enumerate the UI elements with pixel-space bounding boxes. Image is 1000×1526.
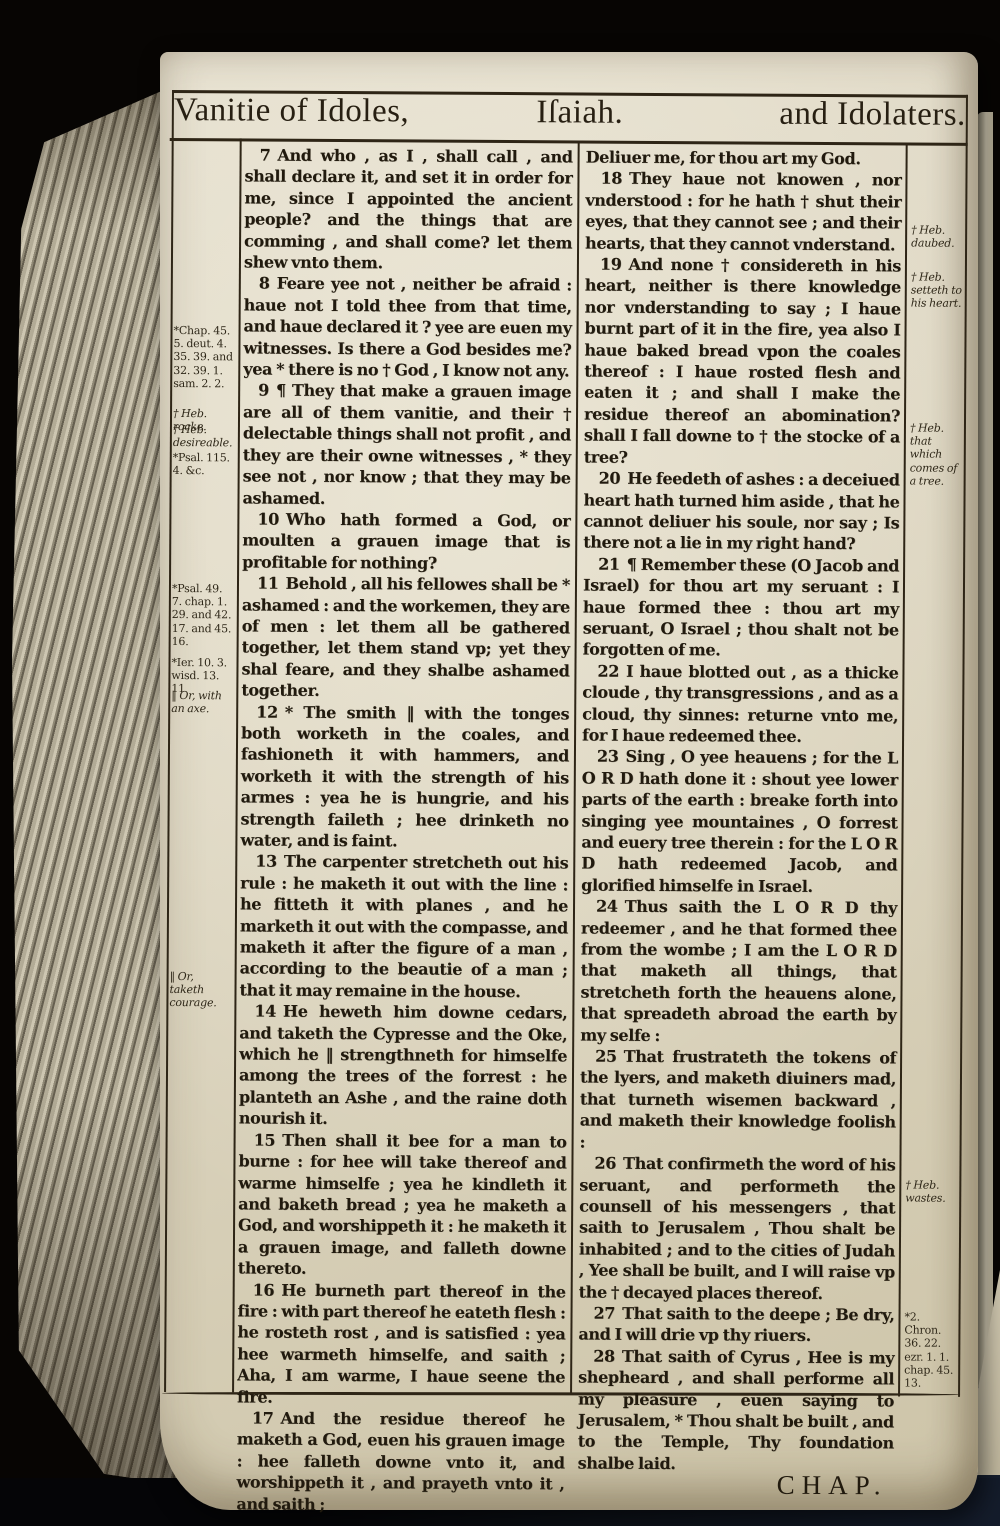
verse-7: 7And who , as I , shall call , and shall… (244, 144, 573, 274)
verse-21: 21¶ Remember these (O Jacob and Israel) … (583, 553, 900, 662)
left-margin-notes: *Chap. 45. 5. deut. 4. 35. 39. and 32. 3… (160, 52, 978, 57)
margin-note: † Heb. daubed. (911, 224, 965, 251)
verse-15: 15Then shall it bee for a man to burne :… (238, 1129, 567, 1281)
verse-13: 13The carpenter stretcheth out his rule … (239, 851, 568, 1003)
margin-note: *Chap. 45. 5. deut. 4. 35. 39. and 32. 3… (173, 324, 233, 390)
verse-19: 19And none † considereth in his heart, n… (584, 254, 901, 470)
verse-8: 8Feare yee not , neither be afraid : hau… (243, 273, 572, 382)
margin-note: † Heb. that which comes of a tree. (910, 422, 964, 488)
margin-note: ‖ Or, with an axe. (171, 689, 231, 716)
verse-18: 18They haue not knowen , nor vnderstood … (585, 168, 902, 256)
verse-20: 20He feedeth of ashes : a deceiued heart… (583, 468, 900, 556)
facing-page-edge (977, 112, 993, 1392)
margin-note: *2. Chron. 36. 22. ezr. 1. 1. chap. 45. … (904, 1310, 958, 1390)
chapter-heading: CHAP. (577, 1474, 893, 1497)
running-head-left: Vanitie of Idoles, (174, 92, 474, 131)
verse-26: 26That confirmeth the word of his seruan… (579, 1153, 896, 1305)
verse-16: 16He burneth part thereof in the fire : … (237, 1279, 566, 1409)
running-head: Vanitie of Idoles, Iſaiah. and Idolaters… (174, 92, 966, 143)
verse-22: 22I haue blotted out , as a thicke cloud… (582, 660, 899, 748)
text-column-left: 7And who , as I , shall call , and shall… (236, 144, 572, 1516)
margin-note: ‖ Or, taketh courage. (169, 970, 229, 1010)
outer-left-rule (164, 90, 174, 1392)
right-margin-notes: † Heb. daubed. † Heb. setteth to his hea… (160, 52, 978, 57)
verse-17: 17And the residue thereof he maketh a Go… (236, 1407, 565, 1516)
verse-17-continuation: Deliuer me, for thou art my God. (586, 147, 902, 170)
running-head-right: and Idolaters. (686, 95, 966, 134)
verse-27: 27That saith to the deepe ; Be dry, and … (578, 1302, 894, 1347)
verse-23: 23Sing , O yee heauens ; for the L O R D… (581, 746, 898, 898)
text-column-right: Deliuer me, for thou art my God. 18They … (577, 147, 901, 1497)
running-head-title: Iſaiah. (474, 94, 686, 132)
verse-25: 25That frustrateth the tokens of the lye… (580, 1046, 897, 1155)
verse-12: 12* The smith ‖ with the tonges both wor… (240, 701, 569, 853)
margin-note: † Heb. wastes. (905, 1178, 959, 1205)
verse-14: 14He heweth him downe cedars, and taketh… (239, 1001, 568, 1131)
printed-frame: Vanitie of Idoles, Iſaiah. and Idolaters… (151, 52, 978, 1515)
margin-note: *Psal. 49. 7. chap. 1. 29. and 42. 17. a… (172, 582, 232, 648)
margin-note: † Heb. desireable. (173, 423, 233, 450)
bible-page: Vanitie of Idoles, Iſaiah. and Idolaters… (160, 52, 978, 1510)
verse-11: 11Behold , all his fellowes shall be * a… (241, 573, 570, 703)
verse-10: 10Who hath formed a God, or moulten a gr… (242, 508, 570, 574)
verse-9: 9¶ They that make a grauen image are all… (242, 380, 571, 510)
scanned-book-photo: Vanitie of Idoles, Iſaiah. and Idolaters… (0, 0, 1000, 1526)
verse-28: 28That saith of Cyrus , Hee is my shephe… (578, 1345, 895, 1475)
margin-note: † Heb. setteth to his heart. (911, 271, 965, 311)
verse-24: 24Thus saith the L O R D thy redeemer , … (580, 896, 897, 1048)
margin-note: *Psal. 115. 4. &c. (173, 451, 233, 478)
